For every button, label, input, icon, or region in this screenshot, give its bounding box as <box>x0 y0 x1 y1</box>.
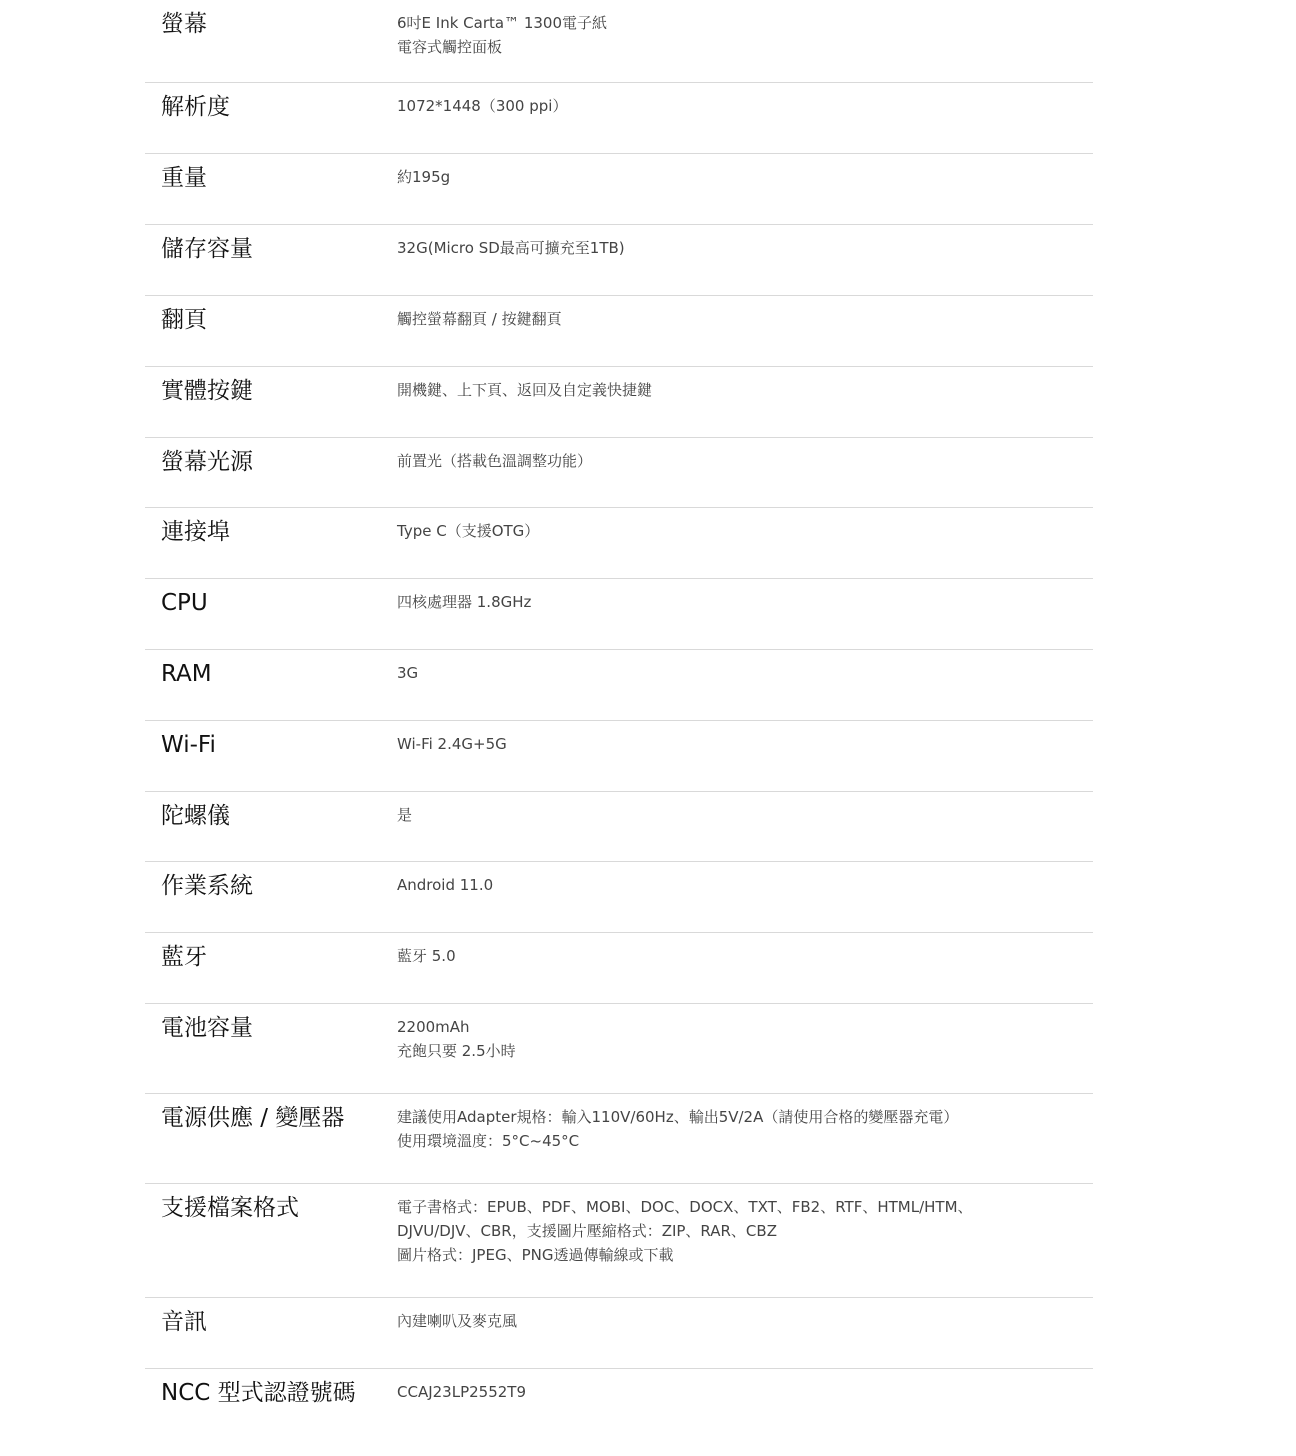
spec-value-line: 32G(Micro SD最高可擴充至1TB) <box>397 236 1093 260</box>
spec-row: Wi-FiWi-Fi 2.4G+5G <box>145 721 1093 792</box>
spec-value-line: Wi-Fi 2.4G+5G <box>397 732 1093 756</box>
spec-value: 6吋E Ink Carta™ 1300電子紙電容式觸控面板 <box>397 0 1093 82</box>
spec-value: CCAJ23LP2552T9 <box>397 1369 1093 1456</box>
spec-value-line: 6吋E Ink Carta™ 1300電子紙 <box>397 11 1093 35</box>
spec-value: 約195g <box>397 154 1093 224</box>
spec-row: 儲存容量32G(Micro SD最高可擴充至1TB) <box>145 225 1093 296</box>
spec-value: Android 11.0 <box>397 862 1093 932</box>
spec-label: 藍牙 <box>145 933 397 1003</box>
spec-value-line: 是 <box>397 803 1093 827</box>
spec-value-line: Android 11.0 <box>397 873 1093 897</box>
spec-value: Type C（支援OTG） <box>397 508 1093 578</box>
spec-value-line: 電容式觸控面板 <box>397 35 1093 59</box>
spec-value: 建議使用Adapter規格：輸入110V/60Hz、輸出5V/2A（請使用合格的… <box>397 1094 1093 1183</box>
spec-row: 螢幕6吋E Ink Carta™ 1300電子紙電容式觸控面板 <box>145 0 1093 83</box>
spec-row: 電池容量2200mAh充飽只要 2.5小時 <box>145 1004 1093 1094</box>
spec-value-line: 充飽只要 2.5小時 <box>397 1039 1093 1063</box>
spec-value: 藍牙 5.0 <box>397 933 1093 1003</box>
spec-value: 32G(Micro SD最高可擴充至1TB) <box>397 225 1093 295</box>
spec-value-line: 藍牙 5.0 <box>397 944 1093 968</box>
spec-value: 1072*1448（300 ppi） <box>397 83 1093 153</box>
spec-label: CPU <box>145 579 397 649</box>
spec-value: 前置光（搭載色溫調整功能） <box>397 438 1093 507</box>
spec-label: NCC 型式認證號碼 <box>145 1369 397 1456</box>
spec-label: 重量 <box>145 154 397 224</box>
spec-value-line: 電子書格式：EPUB、PDF、MOBI、DOC、DOCX、TXT、FB2、RTF… <box>397 1195 1093 1219</box>
spec-label: 電源供應 / 變壓器 <box>145 1094 397 1183</box>
spec-value: 電子書格式：EPUB、PDF、MOBI、DOC、DOCX、TXT、FB2、RTF… <box>397 1184 1093 1297</box>
spec-label: 解析度 <box>145 83 397 153</box>
spec-value: 觸控螢幕翻頁 / 按鍵翻頁 <box>397 296 1093 366</box>
spec-value-line: 內建喇叭及麥克風 <box>397 1309 1093 1333</box>
spec-row: RAM3G <box>145 650 1093 721</box>
spec-row: 重量約195g <box>145 154 1093 225</box>
spec-row: 音訊內建喇叭及麥克風 <box>145 1298 1093 1369</box>
spec-label: 翻頁 <box>145 296 397 366</box>
spec-value: 2200mAh充飽只要 2.5小時 <box>397 1004 1093 1093</box>
spec-row: CPU四核處理器 1.8GHz <box>145 579 1093 650</box>
spec-label: 連接埠 <box>145 508 397 578</box>
spec-value-line: 建議使用Adapter規格：輸入110V/60Hz、輸出5V/2A（請使用合格的… <box>397 1105 1093 1129</box>
spec-value-line: Type C（支援OTG） <box>397 519 1093 543</box>
spec-row: 陀螺儀是 <box>145 792 1093 862</box>
spec-row: 電源供應 / 變壓器建議使用Adapter規格：輸入110V/60Hz、輸出5V… <box>145 1094 1093 1184</box>
spec-row: 支援檔案格式電子書格式：EPUB、PDF、MOBI、DOC、DOCX、TXT、F… <box>145 1184 1093 1298</box>
spec-value: 3G <box>397 650 1093 720</box>
spec-row: 翻頁觸控螢幕翻頁 / 按鍵翻頁 <box>145 296 1093 367</box>
spec-row: 螢幕光源前置光（搭載色溫調整功能） <box>145 438 1093 508</box>
spec-value-line: 觸控螢幕翻頁 / 按鍵翻頁 <box>397 307 1093 331</box>
spec-value-line: 1072*1448（300 ppi） <box>397 94 1093 118</box>
spec-label: 支援檔案格式 <box>145 1184 397 1297</box>
spec-label: 電池容量 <box>145 1004 397 1093</box>
spec-label: 音訊 <box>145 1298 397 1368</box>
spec-label: 儲存容量 <box>145 225 397 295</box>
spec-value-line: 前置光（搭載色溫調整功能） <box>397 449 1093 473</box>
spec-value-line: 圖片格式：JPEG、PNG透過傳輸線或下載 <box>397 1243 1093 1267</box>
spec-value-line: 使用環境溫度：5°C~45°C <box>397 1129 1093 1153</box>
spec-row: 作業系統Android 11.0 <box>145 862 1093 933</box>
spec-label: RAM <box>145 650 397 720</box>
spec-label: 螢幕光源 <box>145 438 397 507</box>
spec-label: Wi-Fi <box>145 721 397 791</box>
spec-value-line: 2200mAh <box>397 1015 1093 1039</box>
spec-row: NCC 型式認證號碼CCAJ23LP2552T9 <box>145 1369 1093 1456</box>
spec-value-line: 3G <box>397 661 1093 685</box>
spec-value: Wi-Fi 2.4G+5G <box>397 721 1093 791</box>
spec-value: 是 <box>397 792 1093 861</box>
spec-row: 藍牙藍牙 5.0 <box>145 933 1093 1004</box>
spec-row: 解析度1072*1448（300 ppi） <box>145 83 1093 154</box>
spec-row: 連接埠Type C（支援OTG） <box>145 508 1093 579</box>
spec-value-line: 約195g <box>397 165 1093 189</box>
spec-row: 實體按鍵開機鍵、上下頁、返回及自定義快捷鍵 <box>145 367 1093 438</box>
spec-value: 四核處理器 1.8GHz <box>397 579 1093 649</box>
spec-value: 內建喇叭及麥克風 <box>397 1298 1093 1368</box>
spec-value-line: 四核處理器 1.8GHz <box>397 590 1093 614</box>
spec-value-line: 開機鍵、上下頁、返回及自定義快捷鍵 <box>397 378 1093 402</box>
spec-value-line: CCAJ23LP2552T9 <box>397 1380 1093 1404</box>
spec-value-line: DJVU/DJV、CBR，支援圖片壓縮格式：ZIP、RAR、CBZ <box>397 1219 1093 1243</box>
spec-value: 開機鍵、上下頁、返回及自定義快捷鍵 <box>397 367 1093 437</box>
spec-table: 螢幕6吋E Ink Carta™ 1300電子紙電容式觸控面板解析度1072*1… <box>145 0 1093 1456</box>
spec-label: 實體按鍵 <box>145 367 397 437</box>
spec-label: 陀螺儀 <box>145 792 397 861</box>
spec-label: 作業系統 <box>145 862 397 932</box>
spec-label: 螢幕 <box>145 0 397 82</box>
